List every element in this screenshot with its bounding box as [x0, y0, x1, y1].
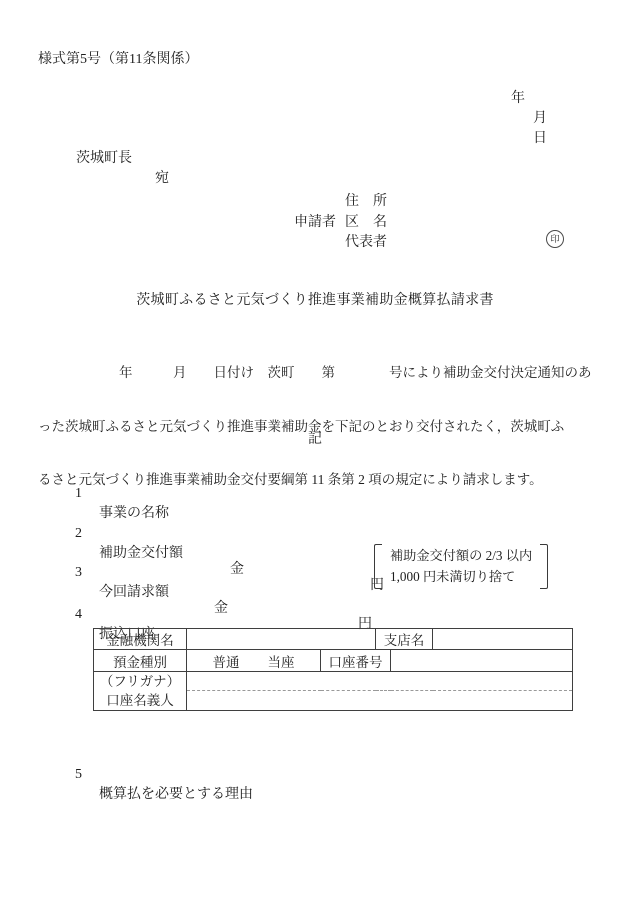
deposit-type-label: 預金種別 — [94, 650, 187, 672]
furigana-field[interactable] — [187, 672, 573, 691]
item-transfer-account: 4 振込口座 — [0, 591, 630, 611]
applicant-role-label: 申請者 — [294, 211, 336, 231]
form-number: 様式第5号（第11条関係） — [38, 48, 198, 68]
amount-note: 補助金交付額の 2/3 以内 1,000 円未満切り捨て — [374, 544, 548, 589]
note-line-2: 1,000 円未満切り捨て — [390, 566, 532, 587]
item-number: 2 — [75, 526, 82, 542]
applicant-district-label: 区 名 — [345, 211, 387, 231]
applicant-representative-label: 代表者 — [345, 231, 387, 251]
table-row-furigana: （フリガナ） 口座名義人 — [94, 672, 573, 691]
item-number: 3 — [75, 565, 82, 581]
holder-name-field[interactable] — [187, 691, 573, 711]
body-paragraph: 年 月 日付け 茨町 第 号により補助金交付決定通知のあ った茨城町ふるさと元気… — [38, 330, 592, 523]
document-title: 茨城町ふるさと元気づくり推進事業補助金概算払請求書 — [0, 289, 630, 309]
addressee-line: 茨城町長 宛 — [62, 131, 169, 203]
addressee-name: 茨城町長 — [76, 151, 132, 166]
deposit-current-option[interactable]: 当座 — [268, 651, 295, 671]
bracket-right-icon — [540, 544, 548, 589]
deposit-ordinary-option[interactable]: 普通 — [213, 651, 240, 671]
body-line-1: 年 月 日付け 茨町 第 号により補助金交付決定通知のあ — [38, 362, 592, 384]
holder-label: 口座名義人 — [94, 691, 186, 710]
item-number: 5 — [75, 767, 82, 783]
holder-labels-cell: （フリガナ） 口座名義人 — [94, 672, 187, 711]
table-row-deposit: 預金種別 普通 当座 口座番号 — [94, 650, 573, 672]
account-number-field[interactable] — [391, 650, 573, 672]
account-number-label: 口座番号 — [321, 650, 391, 672]
applicant-address-label: 住 所 — [345, 190, 387, 210]
seal-icon: 印 — [546, 230, 564, 248]
item-requested-amount: 3 今回請求額 金 円 補助金交付額の 2/3 以内 1,000 円未満切り捨て — [0, 549, 630, 569]
item-number: 4 — [75, 607, 82, 623]
branch-name-label: 支店名 — [376, 629, 433, 650]
date-day-label: 日 — [533, 127, 547, 147]
item-label: 概算払を必要とする理由 — [99, 783, 253, 803]
record-heading: 記 — [0, 428, 630, 448]
document-page: 様式第5号（第11条関係） 年 月 日 茨城町長 宛 住 所 申請者 区 名 代… — [0, 0, 630, 903]
branch-name-field[interactable] — [433, 629, 573, 650]
bank-name-field[interactable] — [187, 629, 376, 650]
date-year-label: 年 — [511, 87, 525, 107]
item-reason: 5 概算払を必要とする理由 — [0, 751, 630, 771]
deposit-type-options[interactable]: 普通 当座 — [187, 650, 321, 672]
addressee-suffix: 宛 — [155, 171, 169, 186]
item-grant-amount: 2 補助金交付額 金 円 — [0, 510, 630, 530]
date-line: 年 月 日 — [497, 71, 547, 163]
bracket-left-icon — [374, 544, 382, 589]
account-table: 金融機関名 支店名 預金種別 普通 当座 口座番号 （フリガナ） 口座名義人 — [93, 628, 573, 711]
furigana-label: （フリガナ） — [94, 672, 186, 691]
item-number: 1 — [75, 486, 82, 502]
date-month-label: 月 — [533, 107, 547, 127]
note-line-1: 補助金交付額の 2/3 以内 — [390, 545, 532, 566]
table-row-bank: 金融機関名 支店名 — [94, 629, 573, 650]
bank-name-label: 金融機関名 — [94, 629, 187, 650]
item-project-name: 1 事業の名称 — [0, 470, 630, 490]
